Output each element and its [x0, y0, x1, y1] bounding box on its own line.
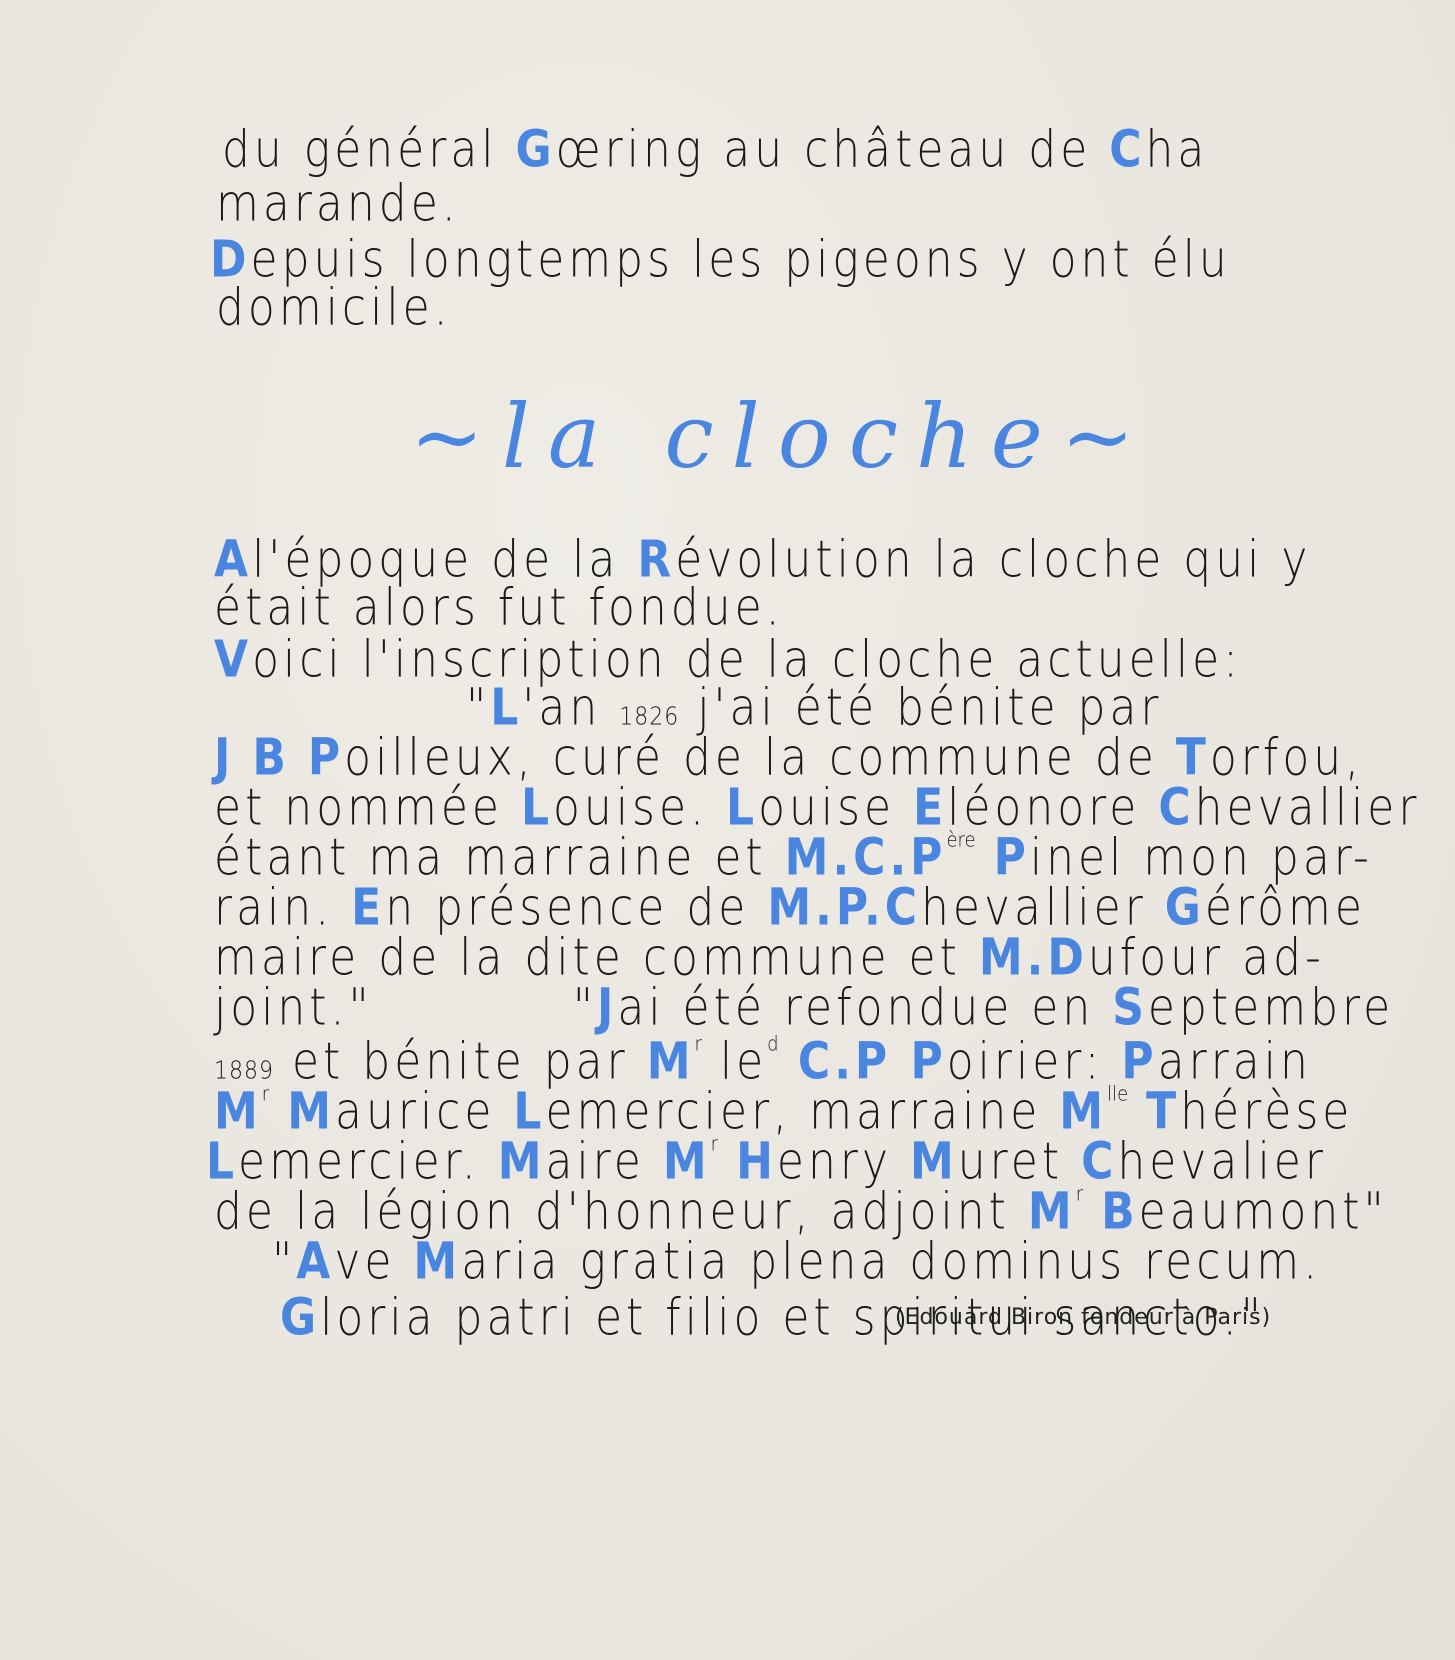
blue-capital: G: [516, 120, 556, 179]
section-heading: ~la cloche~: [410, 385, 1153, 488]
text: œring au château de: [556, 120, 1110, 179]
blue-capital: G: [280, 1288, 320, 1347]
body-line-10: joint.""Jai été refondue en Septembre: [214, 978, 1394, 1037]
superscript: lle: [1107, 1082, 1128, 1106]
superscript: d: [767, 1032, 778, 1056]
text: ve: [334, 1232, 413, 1291]
superscript: r: [262, 1082, 269, 1106]
intro-line-1: du général Gœring au château de Cha: [222, 120, 1208, 179]
blue-capital: A: [296, 1232, 334, 1291]
text: ": [573, 978, 597, 1037]
body-line-15: "Ave Maria gratia plena dominus recum.: [272, 1232, 1321, 1291]
intro-line-2: marande.: [216, 174, 460, 233]
text: ai été refondue en: [617, 978, 1112, 1037]
text: du général: [222, 120, 516, 179]
superscript: ère: [946, 828, 975, 852]
text: eptembre: [1148, 978, 1394, 1037]
handwritten-page: du général Gœring au château de Cha mara…: [0, 0, 1455, 1660]
superscript: r: [711, 1132, 718, 1156]
blue-capital: C: [1109, 120, 1145, 179]
year: 1889: [214, 1057, 274, 1086]
blue-capital: M: [413, 1232, 461, 1291]
text: ": [272, 1232, 296, 1291]
blue-capital: V: [214, 630, 252, 689]
body-line-16: Gloria patri et filio et spiritui sancto…: [280, 1288, 1265, 1347]
body-line-2: était alors fut fondue.: [214, 578, 784, 637]
year: 1826: [619, 703, 679, 732]
superscript: r: [694, 1032, 701, 1056]
blue-capital: S: [1112, 978, 1148, 1037]
text: ha: [1146, 120, 1209, 179]
blue-capital: J: [597, 978, 617, 1037]
text: joint.": [214, 978, 373, 1037]
intro-line-4: domicile.: [216, 278, 452, 337]
text: aria gratia plena dominus recum.: [461, 1232, 1321, 1291]
superscript: r: [1076, 1182, 1083, 1206]
text: loria patri et filio et spiritui sancto.…: [320, 1288, 1265, 1347]
